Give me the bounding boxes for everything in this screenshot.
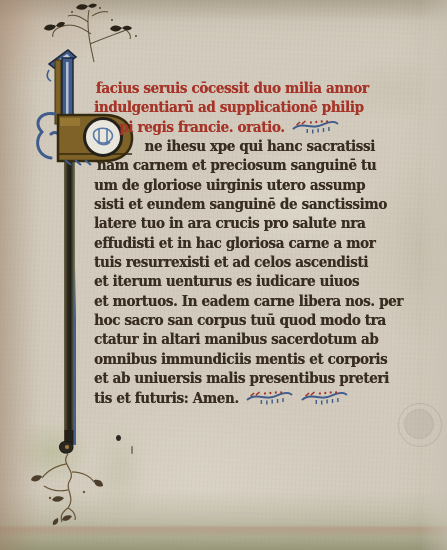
line-filler-ornament (245, 390, 294, 405)
line-text: omnibus immundiciis mentis et corporis (94, 350, 387, 368)
line-text: effudisti et in hac gloriosa carne a mor (94, 234, 375, 252)
ink-spot (116, 435, 121, 441)
text-block: facius seruis cōcessit duo milia annorin… (94, 79, 399, 408)
line-text: ne ihesu xpe qui hanc sacratissi (144, 137, 375, 155)
line-text: pi regis francie. oratio. (119, 118, 284, 136)
line-text: um de gloriose uirginis utero assump (94, 176, 365, 194)
line-text: sisti et eundem sanguinē de sanctissimo (94, 195, 387, 213)
line-text: tuis resurrexisti et ad celos ascendisti (94, 253, 368, 271)
foliate-spray-bottom-ornament (20, 428, 145, 526)
stamp-showthrough (398, 403, 442, 447)
body-text-line: um de gloriose uirginis utero assump (94, 176, 369, 195)
line-text: hoc sacro san corpus tuū quod modo tra (94, 311, 386, 329)
line-text: nam carnem et preciosum sanguinē tu (97, 156, 377, 174)
body-text-line: tis et futuris: Amen. (94, 389, 369, 408)
body-text-line: latere tuo in ara crucis pro salute nra (94, 214, 369, 233)
body-text-line: et iterum uenturus es iudicare uiuos (94, 272, 369, 291)
body-text-line: omnibus immundiciis mentis et corporis (94, 350, 369, 369)
body-text-line: ctatur in altari manibus sacerdotum ab (94, 330, 369, 349)
body-text-line: effudisti et in hac gloriosa carne a mor (94, 234, 369, 253)
ink-mark (131, 446, 133, 454)
line-text: ctatur in altari manibus sacerdotum ab (94, 330, 378, 348)
rubric-line: pi regis francie. oratio. (94, 118, 369, 137)
body-text-line: et ab uniuersis malis presentibus preter… (94, 369, 369, 388)
line-text: tis et futuris: Amen. (94, 389, 239, 407)
body-text-line: tuis resurrexisti et ad celos ascendisti (94, 253, 369, 272)
manuscript-page: facius seruis cōcessit duo milia annorin… (0, 0, 447, 550)
rubric-line: facius seruis cōcessit duo milia annor (94, 79, 369, 98)
body-text-line: nam carnem et preciosum sanguinē tu (94, 156, 369, 175)
line-text: et ab uniuersis malis presentibus preter… (94, 369, 389, 387)
line-filler-ornament (291, 119, 340, 134)
line-filler-ornament (300, 390, 349, 405)
body-text-line: ne ihesu xpe qui hanc sacratissi (94, 137, 369, 156)
body-text-line: hoc sacro san corpus tuū quod modo tra (94, 311, 369, 330)
line-text: latere tuo in ara crucis pro salute nra (94, 214, 365, 232)
rubric-line: indulgentiarū ad supplicationē philip (94, 98, 369, 117)
line-text: et mortuos. In eadem carne libera nos. p… (94, 292, 403, 310)
line-text: facius seruis cōcessit duo milia annor (96, 79, 369, 97)
line-text: et iterum uenturus es iudicare uiuos (94, 272, 359, 290)
body-text-line: et mortuos. In eadem carne libera nos. p… (94, 292, 369, 311)
line-text: indulgentiarū ad supplicationē philip (94, 98, 364, 116)
body-text-line: sisti et eundem sanguinē de sanctissimo (94, 195, 369, 214)
